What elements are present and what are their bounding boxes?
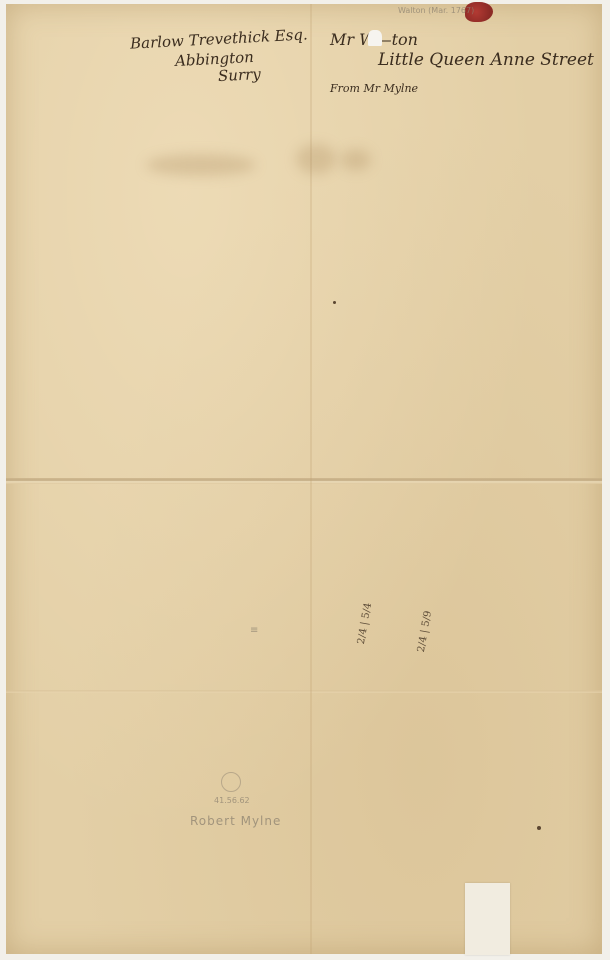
paper-hole xyxy=(368,30,382,46)
document-sheet xyxy=(6,4,602,954)
pencil-scribble: ≡ xyxy=(250,625,258,636)
stain xyxy=(146,154,256,176)
archive-stamp-icon xyxy=(221,772,241,792)
pencil-note-top: Walton (Mar. 1767) xyxy=(398,6,474,15)
address-line-county: Surry xyxy=(218,65,262,85)
ink-spot xyxy=(333,301,336,304)
horizontal-fold xyxy=(6,478,602,484)
pencil-signature: Robert Mylne xyxy=(190,814,281,828)
stain xyxy=(341,149,371,171)
stain xyxy=(296,144,336,174)
archive-number: 41.56.62 xyxy=(214,796,250,805)
ink-spot xyxy=(537,826,541,830)
recipient-street: Little Queen Anne Street xyxy=(378,50,594,70)
lower-fold xyxy=(6,690,602,693)
sender-note: From Mr Mylne xyxy=(330,82,418,95)
mounting-tape xyxy=(465,883,510,955)
